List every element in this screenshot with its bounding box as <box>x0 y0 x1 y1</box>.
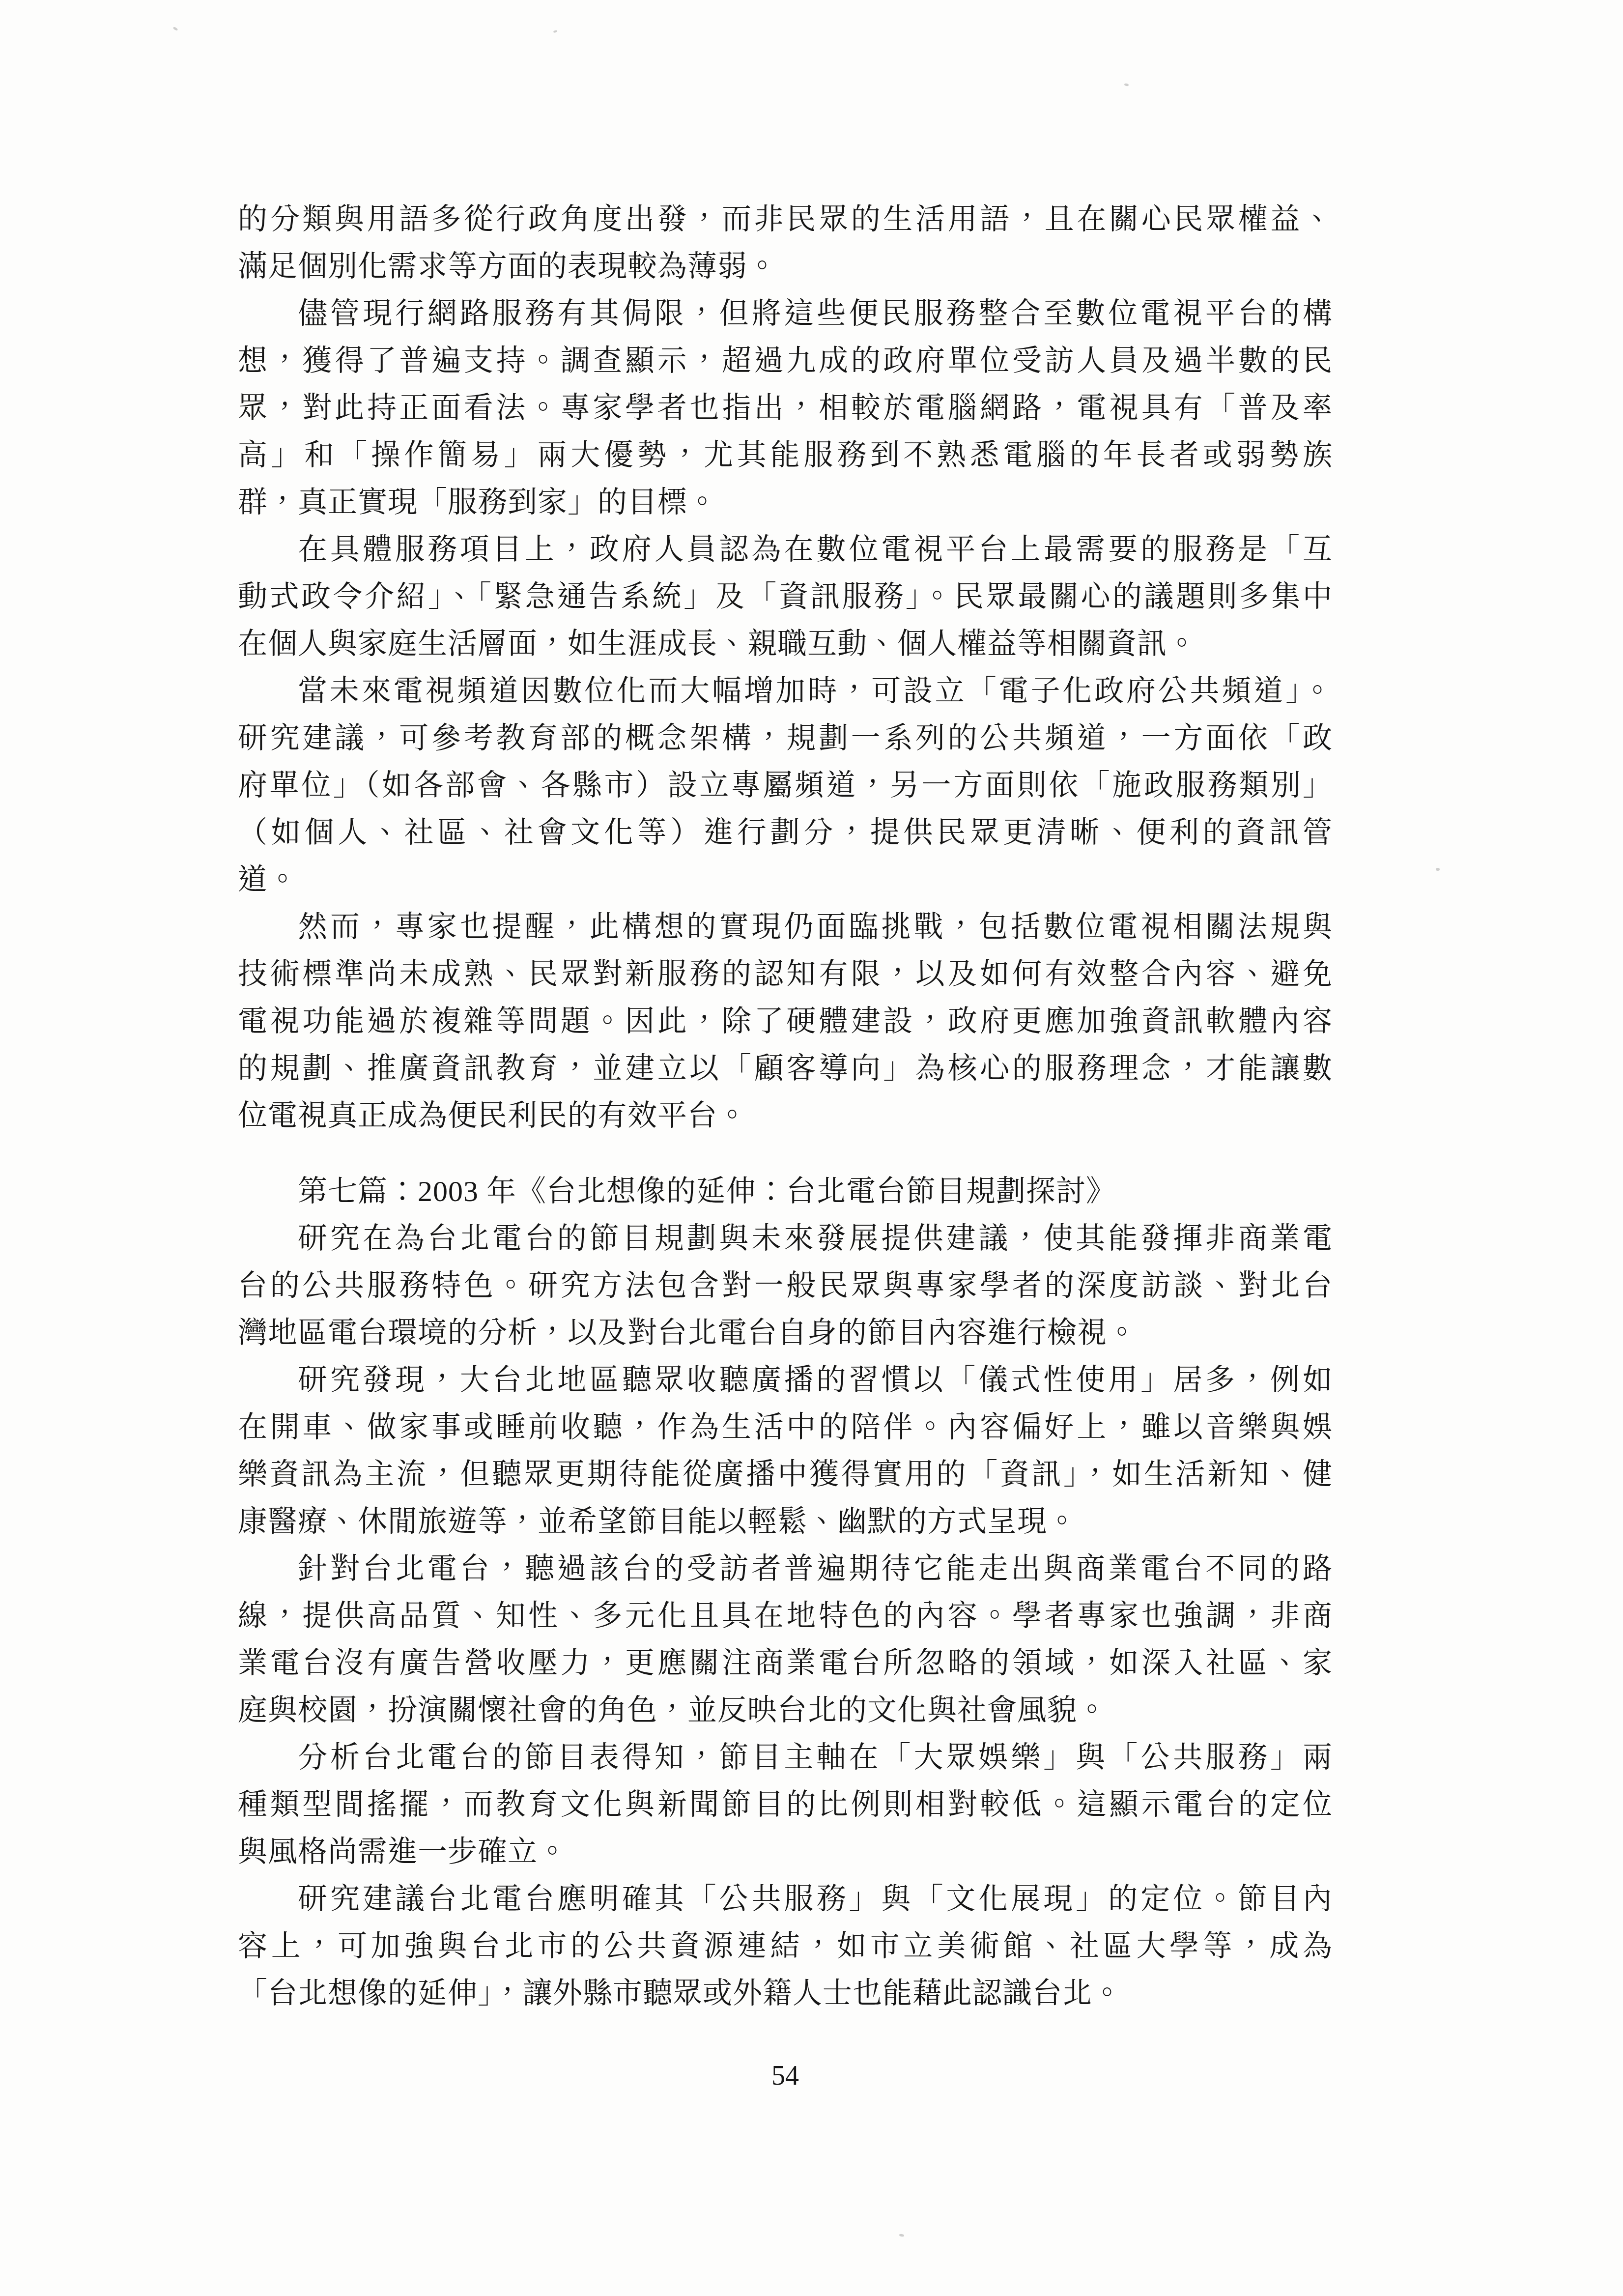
text-line: 當未來電視頻道因數位化而大幅增加時，可設立「電子化政府公共頻道」。 <box>238 667 1333 715</box>
text-line: 電視功能過於複雜等問題。因此，除了硬體建設，政府更應加強資訊軟體內容 <box>238 998 1333 1045</box>
paragraph: 研究建議台北電台應明確其「公共服務」與「文化展現」的定位。節目內容上，可加強與台… <box>238 1875 1333 2017</box>
text-line: 群，真正實現「服務到家」的目標。 <box>238 479 1333 526</box>
text-line: 在具體服務項目上，政府人員認為在數位電視平台上最需要的服務是「互 <box>238 526 1333 573</box>
paragraph: 在具體服務項目上，政府人員認為在數位電視平台上最需要的服務是「互動式政令介紹」、… <box>238 526 1333 667</box>
paragraph: 當未來電視頻道因數位化而大幅增加時，可設立「電子化政府公共頻道」。研究建議，可參… <box>238 667 1333 903</box>
text-line: 在個人與家庭生活層面，如生涯成長、親職互動、個人權益等相關資訊。 <box>238 620 1333 667</box>
scan-artifact <box>1436 868 1440 871</box>
heading-line: 第七篇：2003 年《台北想像的延伸：台北電台節目規劃探討》 <box>238 1168 1333 1215</box>
text-line: 庭與校園，扮演關懷社會的角色，並反映台北的文化與社會風貌。 <box>238 1687 1333 1734</box>
text-line: （如個人、社區、社會文化等）進行劃分，提供民眾更清晰、便利的資訊管 <box>238 809 1333 856</box>
text-line: 想，獲得了普遍支持。調查顯示，超過九成的政府單位受訪人員及過半數的民 <box>238 337 1333 384</box>
text-line: 台的公共服務特色。研究方法包含對一般民眾與專家學者的深度訪談、對北台 <box>238 1262 1333 1309</box>
text-line: 康醫療、休閒旅遊等，並希望節目能以輕鬆、幽默的方式呈現。 <box>238 1498 1333 1545</box>
text-line: 種類型間搖擺，而教育文化與新聞節目的比例則相對較低。這顯示電台的定位 <box>238 1781 1333 1828</box>
paragraph: 研究發現，大台北地區聽眾收聽廣播的習慣以「儀式性使用」居多，例如在開車、做家事或… <box>238 1356 1333 1545</box>
text-line: 府單位」（如各部會、各縣市）設立專屬頻道，另一方面則依「施政服務類別」 <box>238 762 1333 809</box>
paragraph: 分析台北電台的節目表得知，節目主軸在「大眾娛樂」與「公共服務」兩種類型間搖擺，而… <box>238 1734 1333 1875</box>
section-heading: 第七篇：2003 年《台北想像的延伸：台北電台節目規劃探討》 <box>238 1168 1333 1215</box>
text-line: 滿足個別化需求等方面的表現較為薄弱。 <box>238 243 1333 290</box>
text-line: 眾，對此持正面看法。專家學者也指出，相較於電腦網路，電視具有「普及率 <box>238 384 1333 431</box>
text-line: 研究發現，大台北地區聽眾收聽廣播的習慣以「儀式性使用」居多，例如 <box>238 1356 1333 1404</box>
paragraph: 的分類與用語多從行政角度出發，而非民眾的生活用語，且在關心民眾權益、滿足個別化需… <box>238 196 1333 290</box>
paragraph: 然而，專家也提醒，此構想的實現仍面臨挑戰，包括數位電視相關法規與技術標準尚未成熟… <box>238 903 1333 1139</box>
text-line: 高」和「操作簡易」兩大優勢，尤其能服務到不熟悉電腦的年長者或弱勢族 <box>238 431 1333 479</box>
paragraph: 針對台北電台，聽過該台的受訪者普遍期待它能走出與商業電台不同的路線，提供高品質、… <box>238 1545 1333 1734</box>
text-line: 研究建議台北電台應明確其「公共服務」與「文化展現」的定位。節目內 <box>238 1875 1333 1923</box>
text-line: 儘管現行網路服務有其侷限，但將這些便民服務整合至數位電視平台的構 <box>238 290 1333 337</box>
page-number: 54 <box>238 2060 1333 2092</box>
text-line: 位電視真正成為便民利民的有效平台。 <box>238 1092 1333 1139</box>
text-line: 分析台北電台的節目表得知，節目主軸在「大眾娛樂」與「公共服務」兩 <box>238 1734 1333 1781</box>
text-line: 的分類與用語多從行政角度出發，而非民眾的生活用語，且在關心民眾權益、 <box>238 196 1333 243</box>
text-line: 研究在為台北電台的節目規劃與未來發展提供建議，使其能發揮非商業電 <box>238 1215 1333 1262</box>
text-line: 技術標準尚未成熟、民眾對新服務的認知有限，以及如何有效整合內容、避免 <box>238 950 1333 998</box>
text-line: 業電台沒有廣告營收壓力，更應關注商業電台所忽略的領域，如深入社區、家 <box>238 1639 1333 1687</box>
text-line: 樂資訊為主流，但聽眾更期待能從廣播中獲得實用的「資訊」，如生活新知、健 <box>238 1451 1333 1498</box>
text-line: 的規劃、推廣資訊教育，並建立以「顧客導向」為核心的服務理念，才能讓數 <box>238 1045 1333 1092</box>
text-line: 線，提供高品質、知性、多元化且具在地特色的內容。學者專家也強調，非商 <box>238 1592 1333 1639</box>
scan-artifact <box>899 2234 905 2237</box>
scan-artifact <box>1124 83 1129 86</box>
paragraph: 研究在為台北電台的節目規劃與未來發展提供建議，使其能發揮非商業電台的公共服務特色… <box>238 1215 1333 1356</box>
text-line: 針對台北電台，聽過該台的受訪者普遍期待它能走出與商業電台不同的路 <box>238 1545 1333 1592</box>
scan-artifact <box>172 27 178 31</box>
text-line: 動式政令介紹」、「緊急通告系統」及「資訊服務」。民眾最關心的議題則多集中 <box>238 573 1333 620</box>
text-line: 在開車、做家事或睡前收聽，作為生活中的陪伴。內容偏好上，雖以音樂與娛 <box>238 1404 1333 1451</box>
text-line: 道。 <box>238 856 1333 903</box>
text-line: 與風格尚需進一步確立。 <box>238 1828 1333 1875</box>
document-body: 的分類與用語多從行政角度出發，而非民眾的生活用語，且在關心民眾權益、滿足個別化需… <box>238 196 1333 2017</box>
paragraph: 儘管現行網路服務有其侷限，但將這些便民服務整合至數位電視平台的構想，獲得了普遍支… <box>238 290 1333 526</box>
scanned-document-page: 的分類與用語多從行政角度出發，而非民眾的生活用語，且在關心民眾權益、滿足個別化需… <box>0 0 1623 2296</box>
text-line: 「台北想像的延伸」，讓外縣市聽眾或外籍人士也能藉此認識台北。 <box>238 1970 1333 2017</box>
text-line: 研究建議，可參考教育部的概念架構，規劃一系列的公共頻道，一方面依「政 <box>238 715 1333 762</box>
text-line: 容上，可加強與台北市的公共資源連結，如市立美術館、社區大學等，成為 <box>238 1923 1333 1970</box>
scan-artifact <box>553 30 558 33</box>
text-line: 灣地區電台環境的分析，以及對台北電台自身的節目內容進行檢視。 <box>238 1309 1333 1356</box>
text-line: 然而，專家也提醒，此構想的實現仍面臨挑戰，包括數位電視相關法規與 <box>238 903 1333 950</box>
